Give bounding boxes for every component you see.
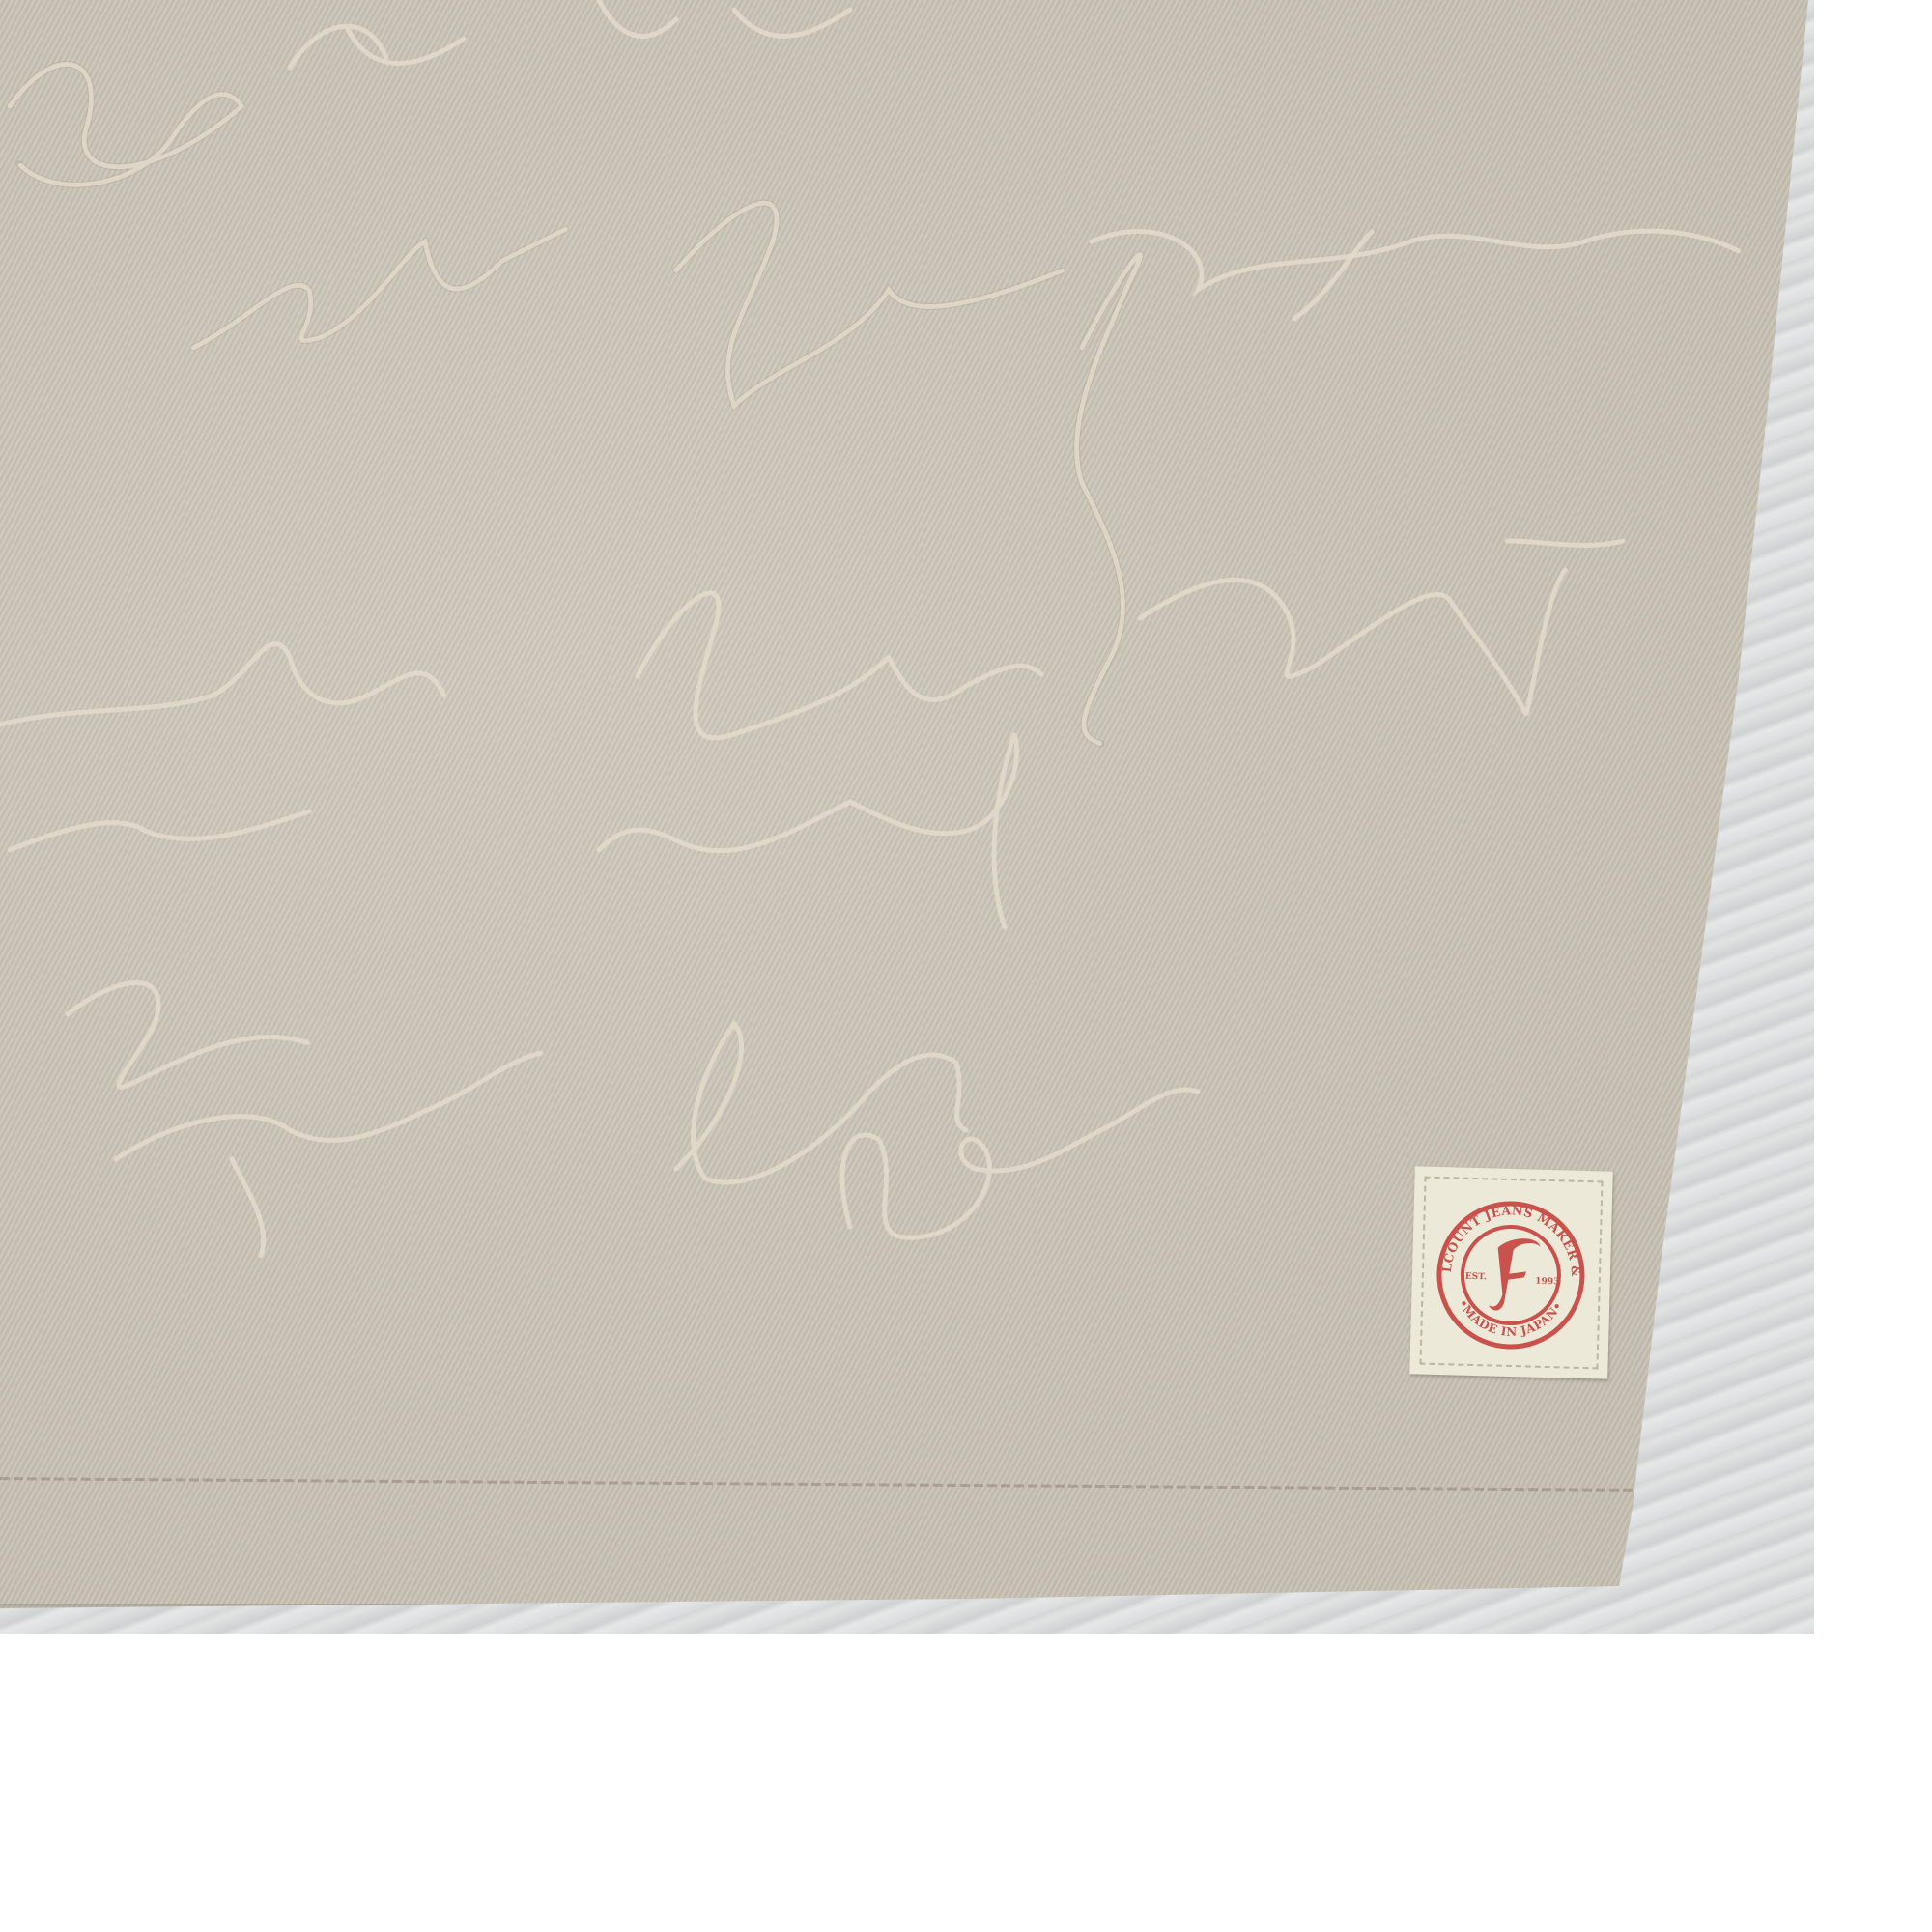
seal-est-year: 1993: [1535, 1277, 1559, 1288]
linen-fabric-panel: FULLCOUNT JEANS MAKER & Co. •MADE IN JAP…: [0, 0, 1814, 1634]
seal-est-label: EST.: [1465, 1272, 1487, 1283]
brand-seal-logo: FULLCOUNT JEANS MAKER & Co. •MADE IN JAP…: [1409, 1166, 1613, 1378]
cursive-embroidery: [0, 0, 1814, 1634]
brand-label-tag: FULLCOUNT JEANS MAKER & Co. •MADE IN JAP…: [1409, 1166, 1613, 1378]
embroidery-shadows: [10, 64, 1140, 744]
embroidery-stitches: [0, 0, 1739, 1256]
